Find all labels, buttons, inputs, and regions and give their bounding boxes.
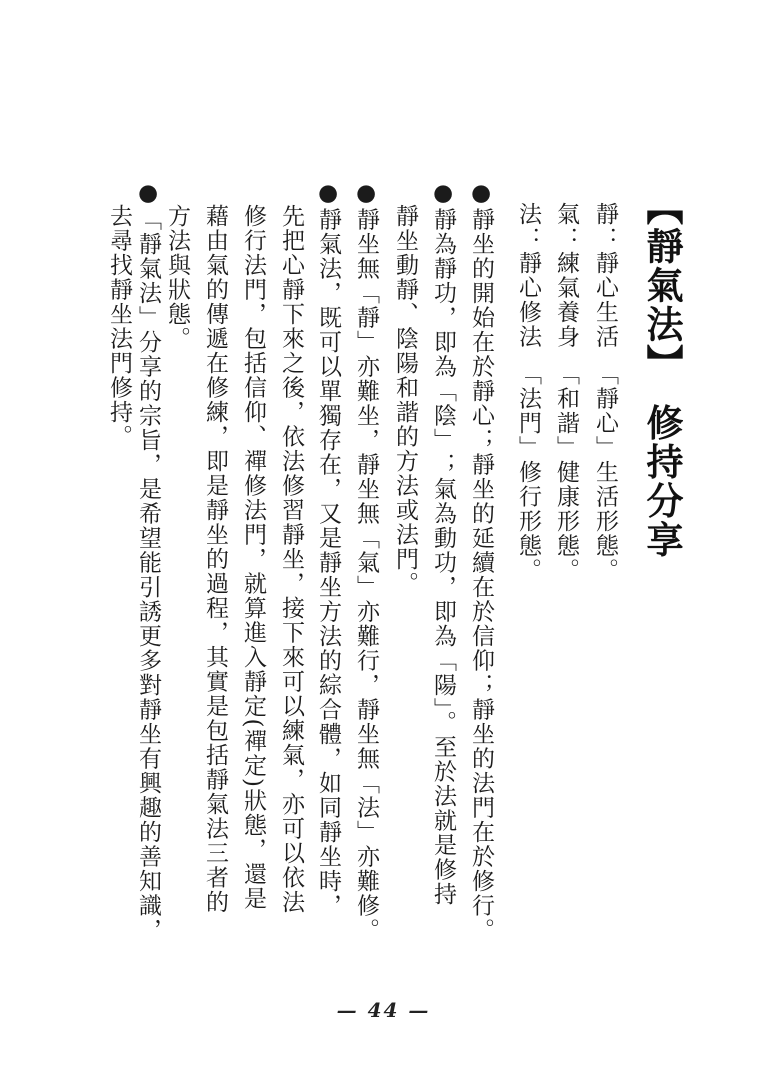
page-title: 【靜氣法】 修持分享: [640, 188, 684, 560]
definition-column-qi: 氣：練氣養身 「和諧」健康形態。: [547, 202, 585, 583]
bullet-paragraph-column: ●靜為靜功，即為「陰」；氣為動功，即為「陽」。至於法就是修持: [424, 180, 462, 907]
definition-column-jing: 靜：靜心生活 「靜心」生活形態。: [586, 202, 624, 583]
paragraph-continuation-column: 去尋找靜坐法門修持。: [100, 204, 138, 449]
page-number: — 44 —: [0, 998, 767, 1022]
paragraph-continuation-column: 修行法門，包括信仰、禪修法門，就算進入靜定(禪定)狀態，還是: [234, 204, 272, 911]
paragraph-continuation-column: 藉由氣的傳遞在修練，即是靜坐的過程，其實是包括靜氣法三者的: [196, 204, 234, 915]
paragraph-continuation-column: 先把心靜下來之後，依法修習靜坐，接下來可以練氣，亦可以依法: [272, 204, 310, 915]
bullet-paragraph-column: ●靜氣法，既可以單獨存在，又是靜坐方法的綜合體，如同靜坐時，: [309, 180, 347, 918]
bullet-paragraph-column: ●靜坐的開始在於靜心；靜坐的延續在於信仰；靜坐的法門在於修行。: [462, 180, 500, 943]
bullet-paragraph-column: ●靜坐無「靜」亦難坐，靜坐無「氣」亦難行，靜坐無「法」亦難修。: [347, 180, 385, 943]
paragraph-continuation-column: 靜坐動靜、陰陽和諧的方法或法門。: [386, 204, 424, 596]
book-page: 【靜氣法】 修持分享 靜：靜心生活 「靜心」生活形態。 氣：練氣養身 「和諧」健…: [0, 0, 767, 1078]
definition-column-fa: 法：靜心修法 「法門」修行形態。: [509, 202, 547, 583]
